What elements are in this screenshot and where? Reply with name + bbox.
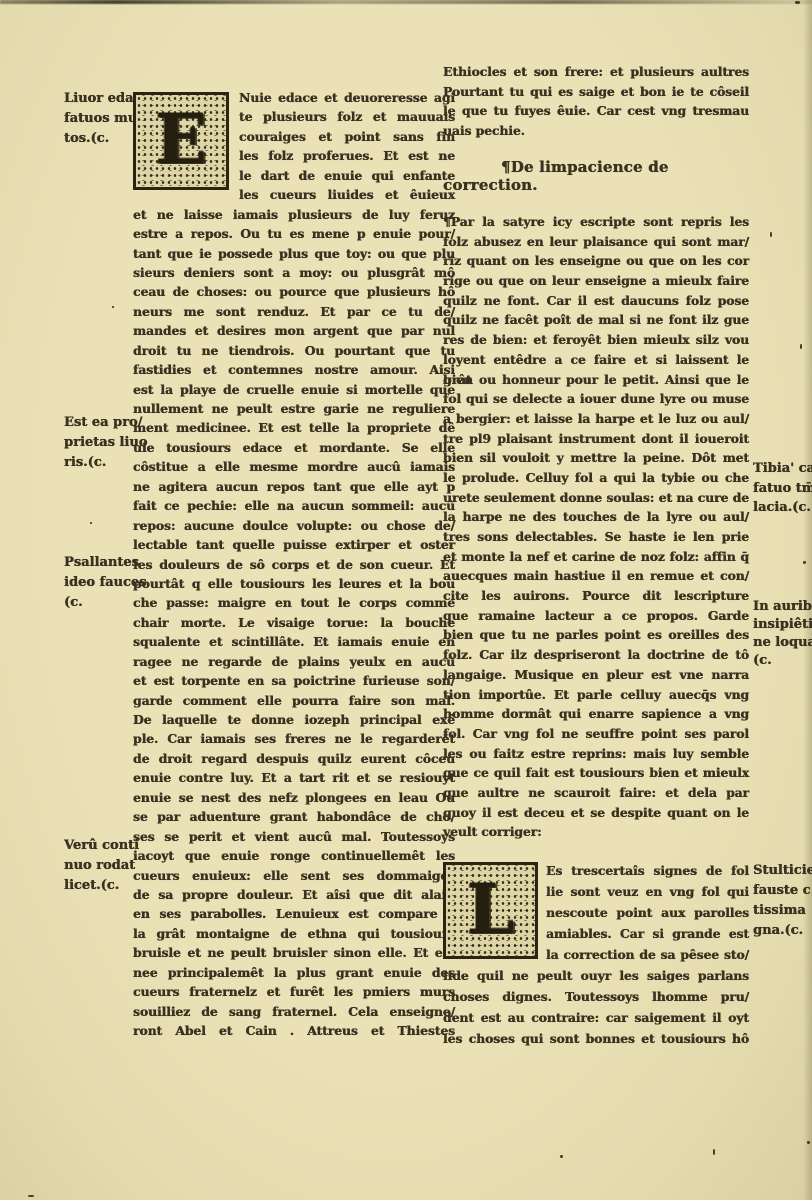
text-line: Liuor edax [64, 89, 130, 109]
text-line: en ses parabolles. Lenuieux est compare … [133, 904, 455, 923]
text-line: nuo rodat [64, 856, 130, 876]
initial-letter-l: L [446, 865, 535, 955]
text-line: fastidies et contemnes nostre amour. Ais… [133, 360, 455, 379]
text-line: ¶Par la satyre icy escripte sont repris … [443, 212, 749, 232]
woodcut-initial-e: E [133, 92, 229, 190]
text-line: bruisle et ne peult bruisler sinon elle.… [133, 943, 455, 962]
text-line: a bergier: et laisse la harpe et le luz … [443, 409, 749, 429]
text-line: bien ou honneur pour le petit. Ainsi que… [443, 370, 749, 390]
text-column-right-section2: L Es trescertaîs signes de follie sont v… [443, 860, 749, 1049]
paper-speck [28, 1195, 34, 1197]
text-line: enuie se nest des nefz plongees en leau … [133, 788, 455, 807]
text-line: de sa propre douleur. Et aîsi que dit al… [133, 885, 455, 904]
text-line: ideo fauces [64, 573, 130, 593]
text-line: ple. Car iamais ses freres ne le regarde… [133, 729, 455, 748]
text-line: loyent entêdre a ce faire et si laissent… [443, 350, 749, 370]
text-line: est la playe de cruelle enuie si mortell… [133, 380, 455, 399]
text-line: veult corriger: [443, 822, 749, 842]
text-line: tion importûe. Et parle celluy auecq̄s v… [443, 685, 749, 705]
paper-speck [90, 522, 92, 524]
text-line: et monte la nef et carine de noz folz: a… [443, 547, 749, 567]
text-line: gna.(c. [753, 921, 812, 941]
text-line: sieurs deniers sont a moy: ou plusgrât m… [133, 263, 455, 282]
text-line: ris.(c. [64, 453, 130, 473]
text-line: bien que tu ne parles point es oreilles … [443, 625, 749, 645]
text-line: res de bien: et feroyêt bien mieulx silz… [443, 330, 749, 350]
margin-gloss-left-4: Verû continuo rodatlicet.(c. [64, 836, 130, 896]
text-line: cueurs enuieux: elle sent ses dommaiges [133, 866, 455, 885]
text-column-left: E Nuie edace et deuoreresse agite plusie… [133, 88, 455, 1040]
text-line: folz abusez en leur plaisance qui sont m… [443, 232, 749, 252]
text-line: fatuos mul [64, 109, 130, 129]
text-line: la grât montaigne de ethna qui tousiours [133, 924, 455, 943]
text-line: côstitue a elle mesme mordre aucû iamais [133, 457, 455, 476]
text-line: lide quil ne peult ouyr les saiges parla… [443, 965, 749, 986]
woodcut-initial-l: L [443, 862, 538, 959]
text-line: squalente et scintillâte. Et iamais enui… [133, 632, 455, 651]
text-line: (c. [64, 593, 130, 613]
text-line: les douleurs de sô corps et de son cueur… [133, 555, 455, 574]
text-line: les choses qui sont bonnes et tousiours … [443, 1028, 749, 1049]
chapter-heading: ¶De limpacience de correction. [443, 158, 749, 194]
text-line: folz. Car ilz despriseront la doctrine d… [443, 645, 749, 665]
text-line: tissima [753, 901, 812, 921]
text-line: que ramaine lacteur a ce propos. Garde [443, 606, 749, 626]
text-line: cueurs fraternelz et furêt les pmiers mu… [133, 982, 455, 1001]
text-line: dent est au contraire: car saigement il … [443, 1007, 749, 1028]
text-line: tres sons delectables. Se haste ie len p… [443, 527, 749, 547]
margin-gloss-right-3: Stulticiefauste ctissimagna.(c. [753, 861, 812, 941]
text-line: Ethiocles et son frere: et plusieurs aul… [443, 62, 749, 82]
text-line: le prolude. Celluy fol a qui la tybie ou… [443, 468, 749, 488]
text-line: insipiêtiu [753, 616, 812, 634]
text-line: In aurib [753, 598, 812, 616]
margin-gloss-left-3: Psallantesideo fauces(c. [64, 553, 130, 613]
margin-gloss-right-2: In auribinsipiêtiune loquar(c. [753, 598, 812, 670]
text-line: fatuo tm̄ s [753, 479, 812, 499]
paper-speck [803, 561, 806, 564]
paper-speck [800, 344, 802, 349]
text-line: homme dormât qui enarre sapience a vng [443, 704, 749, 724]
text-line: estre a repos. Ou tu es mene p enuie pou… [133, 224, 455, 243]
paper-speck [795, 1, 800, 4]
text-line: fol qui se delecte a iouer dune lyre ou … [443, 389, 749, 409]
text-line: tre pl9 plaisant instrument dont il ioue… [443, 429, 749, 449]
text-line: prietas liuo [64, 433, 130, 453]
margin-gloss-right-1: Tibia' cafatuo tm̄ slacia.(c. [753, 459, 812, 518]
text-line: auecques main hastiue il en remue et con… [443, 566, 749, 586]
text-line: ne loquar [753, 634, 812, 652]
text-line: le que tu fuyes êuie. Car cest vng tresm… [443, 101, 749, 121]
text-line: souilliez de sang fraternel. Cela enseig… [133, 1002, 455, 1021]
text-line: fauste c [753, 881, 812, 901]
text-line: et ne laisse iamais plusieurs de luy fer… [133, 205, 455, 224]
text-line: langaige. Musique en pleur est vne narra [443, 665, 749, 685]
text-line: choses dignes. Toutessoys lhomme pru/ [443, 986, 749, 1007]
text-line: repos: aucune doulce volupte: ou chose d… [133, 516, 455, 535]
text-line: garde comment elle pourra faire son mal. [133, 691, 455, 710]
text-line: enuie contre luy. Et a tart rit et se re… [133, 768, 455, 787]
text-line: Est ea pro/ [64, 413, 130, 433]
text-line: quoy il est deceu et se despite quant on… [443, 803, 749, 823]
text-line: De laquelle te donne iozeph principal ex… [133, 710, 455, 729]
text-line: riz quant on les enseigne ou que on les … [443, 251, 749, 271]
text-line: Pourtant tu qui es saige et bon ie te cô… [443, 82, 749, 102]
text-line: la harpe ne des touches de la lyre ou au… [443, 507, 749, 527]
text-line: Stulticie [753, 861, 812, 881]
paper-speck [713, 1149, 715, 1155]
text-line: les ou faitz estre reprins: mais luy sem… [443, 744, 749, 764]
paper-speck [807, 1141, 810, 1144]
text-line: ceau de choses: ou pource que plusieurs … [133, 282, 455, 301]
text-line: (c. [753, 652, 812, 670]
text-line: de droit regard despuis quilz eurent côc… [133, 749, 455, 768]
text-line: urete seulement donne soulas: et na cure… [443, 488, 749, 508]
text-line: bien sil vouloit y mettre la peine. Dôt … [443, 448, 749, 468]
text-line: nee principalemêt la plus grant enuie de… [133, 963, 455, 982]
text-line: fait ce pechie: elle na aucun sommeil: a… [133, 496, 455, 515]
text-line: lacia.(c. [753, 498, 812, 518]
text-line: tant que ie possede plus que toy: ou que… [133, 244, 455, 263]
margin-gloss-left-1: Liuor edaxfatuos multos.(c. [64, 89, 130, 149]
text-column-right-intro: Ethiocles et son frere: et plusieurs aul… [443, 62, 749, 141]
text-line: ront Abel et Cain . Attreus et Thiestes [133, 1021, 455, 1040]
paper-speck [560, 1155, 563, 1158]
text-line: se par aduenture grant habondâce de cho/ [133, 807, 455, 826]
text-line: tos.(c. [64, 129, 130, 149]
text-line: lectable tant quelle puisse extirper et … [133, 535, 455, 554]
text-line: Verû conti [64, 836, 130, 856]
text-line: nullement ne peult estre garie ne reguli… [133, 399, 455, 418]
text-line: pourtât q elle tousiours les leures et l… [133, 574, 455, 593]
text-line: ses se perit et vient aucû mal. Toutesso… [133, 827, 455, 846]
text-line: licet.(c. [64, 876, 130, 896]
text-line: quilz ne font. Car il est daucuns folz p… [443, 291, 749, 311]
text-column-right-body: ¶Par la satyre icy escripte sont repris … [443, 212, 749, 842]
text-line: Psallantes [64, 553, 130, 573]
text-line: fol. Car vng fol ne seuffre point ses pa… [443, 724, 749, 744]
margin-gloss-left-2: Est ea pro/prietas liuoris.(c. [64, 413, 130, 473]
text-line: ne agitera aucun repos tant que elle ayt… [133, 477, 455, 496]
text-line: droit tu ne tiendrois. Ou pourtant que t… [133, 341, 455, 360]
text-line: chair morte. Le visaige torue: la bouche [133, 613, 455, 632]
text-line: ment medicinee. Et est telle la propriet… [133, 418, 455, 437]
text-line: quilz ne facêt poît de mal si ne font il… [443, 310, 749, 330]
text-line: ragee ne regarde de plains yeulx en aucû [133, 652, 455, 671]
text-line: cite les auirons. Pource dit lescripture [443, 586, 749, 606]
text-line: uais pechie. [443, 121, 749, 141]
text-line: et est torpente en sa poictrine furieuse… [133, 671, 455, 690]
text-line: que aultre ne scauroit faire: et dela pa… [443, 783, 749, 803]
initial-letter-e: E [136, 95, 226, 185]
text-line: neurs me sont renduz. Et par ce tu de/ [133, 302, 455, 321]
paper-speck [112, 306, 114, 308]
text-line: che passe: maigre en tout le corps comme [133, 593, 455, 612]
paper-speck [770, 232, 772, 237]
text-line: que ce quil fait est tousiours bien et m… [443, 763, 749, 783]
text-line: mandes et desires mon argent que par nul [133, 321, 455, 340]
text-line: rige ou que on leur enseigne a mieulx fa… [443, 271, 749, 291]
text-line: Tibia' ca [753, 459, 812, 479]
page-top-edge-shadow [0, 0, 812, 4]
text-line: iacoyt que enuie ronge continuellemêt le… [133, 846, 455, 865]
book-page-scan: Liuor edaxfatuos multos.(c. Est ea pro/p… [0, 0, 812, 1200]
text-line: uie tousiours edace et mordante. Se elle [133, 438, 455, 457]
